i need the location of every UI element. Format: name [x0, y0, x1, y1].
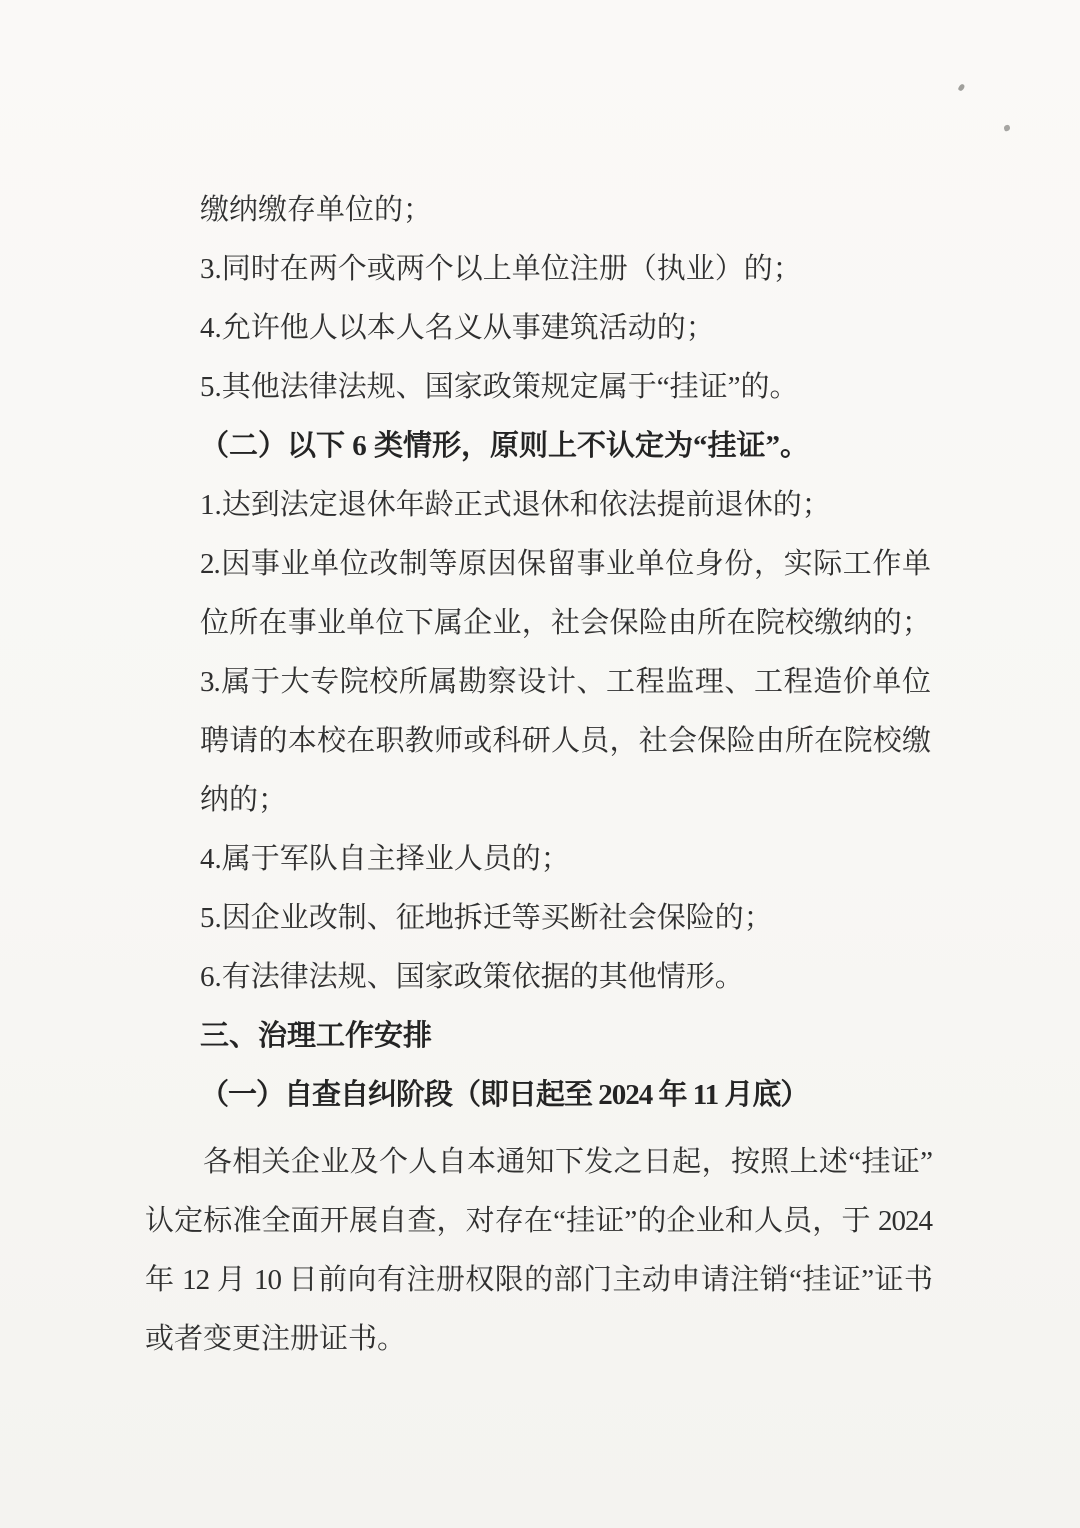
scan-speck	[1003, 124, 1010, 131]
subsection-heading-2-six-cases: （二）以下 6 类情形，原则上不认定为“挂证”。	[200, 417, 930, 476]
list-item-3-college-line-3: 纳的；	[200, 771, 930, 830]
list-item-5-other-regulations: 5.其他法律法规、国家政策规定属于“挂证”的。	[200, 358, 930, 417]
scan-speck	[958, 83, 966, 92]
list-item-2-institution-line-2: 位所在事业单位下属企业，社会保险由所在院校缴纳的；	[200, 594, 930, 653]
list-continuation-line: 缴纳缴存单位的；	[200, 181, 930, 240]
list-item-3-dual-registration: 3.同时在两个或两个以上单位注册（执业）的；	[200, 240, 930, 299]
closing-paragraph-block: 各相关企业及个人自本通知下发之日起，按照上述“挂证” 认定标准全面开展自查，对存…	[145, 1133, 932, 1369]
list-and-headings-block: 缴纳缴存单位的； 3.同时在两个或两个以上单位注册（执业）的； 4.允许他人以本…	[200, 181, 930, 1125]
paragraph-line-4: 或者变更注册证书。	[145, 1310, 932, 1369]
list-item-2-institution-line-1: 2.因事业单位改制等原因保留事业单位身份，实际工作单	[200, 535, 930, 594]
list-item-4-military: 4.属于军队自主择业人员的；	[200, 830, 930, 889]
paragraph-line-2: 认定标准全面开展自查，对存在“挂证”的企业和人员，于 2024	[145, 1192, 932, 1251]
section-heading-3-work-arrangement: 三、治理工作安排	[200, 1007, 930, 1066]
subsection-heading-1-self-check-phase: （一）自查自纠阶段（即日起至 2024 年 11 月底）	[200, 1066, 930, 1125]
list-item-3-college-line-1: 3.属于大专院校所属勘察设计、工程监理、工程造价单位	[200, 653, 930, 712]
list-item-1-retirement: 1.达到法定退休年龄正式退休和依法提前退休的；	[200, 476, 930, 535]
list-item-6-other-cases: 6.有法律法规、国家政策依据的其他情形。	[200, 948, 930, 1007]
paragraph-line-1: 各相关企业及个人自本通知下发之日起，按照上述“挂证”	[145, 1133, 932, 1192]
paragraph-line-3: 年 12 月 10 日前向有注册权限的部门主动申请注销“挂证”证书	[145, 1251, 932, 1310]
document-page: 缴纳缴存单位的； 3.同时在两个或两个以上单位注册（执业）的； 4.允许他人以本…	[0, 0, 1080, 1528]
list-item-5-buyout-insurance: 5.因企业改制、征地拆迁等买断社会保险的；	[200, 889, 930, 948]
list-item-3-college-line-2: 聘请的本校在职教师或科研人员，社会保险由所在院校缴	[200, 712, 930, 771]
list-item-4-allow-others: 4.允许他人以本人名义从事建筑活动的；	[200, 299, 930, 358]
